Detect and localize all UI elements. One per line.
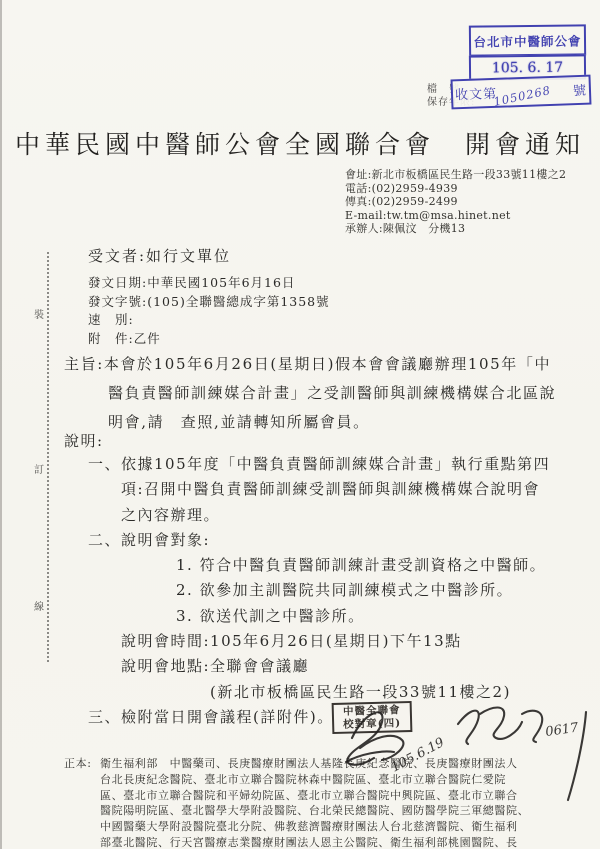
- received-stamp-org: 台北市中醫師公會: [469, 24, 586, 56]
- received-prefix: 收文第: [455, 83, 498, 103]
- contact-block: 會址:新北市板橋區民生路一段33號11樓之2 電話:(02)2959-4939 …: [345, 168, 566, 236]
- copies-line: 中國醫藥大學附設醫院臺北分院、佛教慈濟醫療財團法人台北慈濟醫院、衛生福利: [100, 819, 529, 835]
- received-stamp-number-row: 收文第 1050268 號: [451, 75, 592, 110]
- explanation-list: 一、依據105年度「中醫負責醫師訓練媒合計畫」執行重點第四項:召開中醫負責醫師訓…: [88, 452, 550, 730]
- explanation-line: 項:召開中醫負責醫師訓練受訓醫師與訓練機構媒合說明會: [88, 477, 550, 502]
- copies-line: 部臺北醫院、行天宮醫療志業醫療財團法人恩主公醫院、衛生福利部桃園醫院、長: [100, 835, 529, 849]
- speed-line: 速 別:: [88, 311, 330, 330]
- contact-phone: 電話:(02)2959-4939: [345, 182, 566, 196]
- meta-block: 發文日期:中華民國105年6月16日 發文字號:(105)全聯醫總成字第1358…: [88, 274, 330, 348]
- received-suffix: 號: [573, 80, 588, 99]
- issue-date-line: 發文日期:中華民國105年6月16日: [88, 274, 330, 293]
- copies-line: 台北長庚紀念醫院、臺北市立聯合醫院林森中醫院區、臺北市立聯合醫院仁愛院: [100, 772, 529, 788]
- document-title: 中華民國中醫師公會全國聯合會 開會通知: [0, 125, 600, 161]
- attachment-line: 附 件:乙件: [88, 330, 330, 349]
- explanation-line: (新北市板橋區民生路一段33號11樓之2): [88, 680, 550, 705]
- subject-line: 明會,請 查照,並請轉知所屬會員。: [64, 408, 556, 437]
- proof-stamp-line2: 校對章(四): [334, 717, 410, 731]
- explanation-line: 1. 符合中醫負責醫師訓練計畫受訓資格之中醫師。: [88, 553, 550, 578]
- subject-paragraph: 主旨:本會於105年6月26日(星期日)假本會會議廳辦理105年「中醫負責醫師訓…: [64, 350, 556, 437]
- subject-line: 主旨:本會於105年6月26日(星期日)假本會會議廳辦理105年「中: [64, 350, 556, 379]
- copies-lines: 衛生福利部 中醫藥司、長庚醫療財團法人基隆長庚紀念醫院、長庚醫療財團法人台北長庚…: [100, 756, 529, 849]
- doc-number-line: 發文字號:(105)全聯醫總成字第1358號: [88, 293, 330, 312]
- contact-handler: 承辦人:陳佩汶 分機13: [345, 222, 566, 236]
- explanation-label: 說明:: [64, 430, 104, 451]
- explanation-line: 2. 欲參加主訓醫院共同訓練模式之中醫診所。: [88, 578, 550, 603]
- explanation-line: 說明會地點:全聯會會議廳: [88, 654, 550, 679]
- explanation-line: 說明會時間:105年6月26日(星期日)下午13點: [88, 629, 550, 654]
- copies-line: 醫院陽明院區、臺北醫學大學附設醫院、台北榮民總醫院、國防醫學院三軍總醫院、: [100, 803, 529, 819]
- binding-mark-xian: 線: [33, 598, 45, 613]
- binding-dotted-line: [47, 252, 49, 662]
- contact-address: 會址:新北市板橋區民生路一段33號11樓之2: [345, 168, 566, 182]
- copies-block: 正本: 衛生福利部 中醫藥司、長庚醫療財團法人基隆長庚紀念醫院、長庚醫療財團法人…: [64, 756, 529, 849]
- explanation-line: 二、說明會對象:: [88, 528, 550, 553]
- copies-line: 區、臺北市立聯合醫院和平婦幼院區、臺北市立聯合醫院中興院區、臺北市立聯合: [100, 788, 529, 804]
- explanation-line: 三、檢附當日開會議程(詳附件)。: [88, 705, 550, 730]
- explanation-line: 之內容辦理。: [88, 503, 550, 528]
- contact-email: E-mail:tw.tm@msa.hinet.net: [345, 209, 566, 223]
- binding-mark-zhuang: 裝: [33, 306, 45, 321]
- scanned-official-notice: 檔 號: 保存年限: 台北市中醫師公會 105. 6. 17 收文第 10502…: [0, 0, 600, 849]
- recipient-line: 受文者:如行文單位: [88, 245, 231, 266]
- contact-fax: 傳真:(02)2959-2499: [345, 195, 566, 209]
- received-number-handwritten: 1050268: [492, 83, 552, 109]
- copies-label: 正本:: [64, 756, 100, 849]
- explanation-line: 一、依據105年度「中醫負責醫師訓練媒合計畫」執行重點第四: [88, 452, 550, 477]
- subject-line: 醫負責醫師訓練媒合計畫」之受訓醫師與訓練機構媒合北區說: [64, 379, 556, 408]
- binding-mark-ding: 訂: [33, 461, 45, 476]
- copies-line: 衛生福利部 中醫藥司、長庚醫療財團法人基隆長庚紀念醫院、長庚醫療財團法人: [100, 756, 529, 772]
- explanation-line: 3. 欲送代訓之中醫診所。: [88, 604, 550, 629]
- diagonal-pen-stroke: [568, 712, 586, 800]
- proof-stamp: 中醫全聯會 校對章(四): [332, 701, 413, 734]
